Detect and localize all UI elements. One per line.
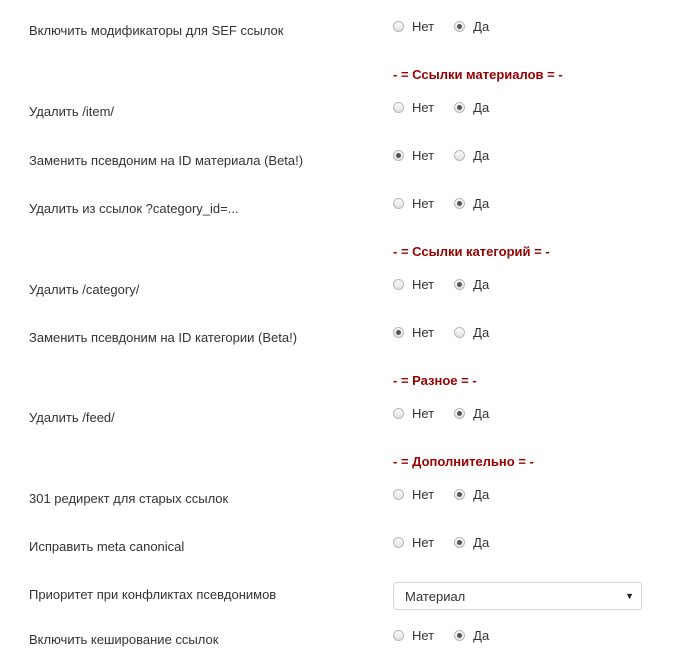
radio-icon [393, 279, 404, 290]
radio-checked-icon [393, 150, 404, 161]
radio-no[interactable]: Нет [393, 277, 434, 292]
radio-yes[interactable]: Да [454, 19, 489, 34]
radio-group-enable-sef-modifiers: Нет Да [393, 19, 489, 34]
section-heading-misc: - = Разное = - [393, 373, 477, 388]
radio-group-replace-alias-category-id: Нет Да [393, 325, 489, 340]
label-remove-item: Удалить /item/ [29, 104, 114, 119]
radio-yes[interactable]: Да [454, 148, 489, 163]
radio-group-301-redirect: Нет Да [393, 487, 489, 502]
radio-checked-icon [454, 279, 465, 290]
radio-no[interactable]: Нет [393, 406, 434, 421]
radio-icon [393, 537, 404, 548]
radio-yes[interactable]: Да [454, 487, 489, 502]
radio-no[interactable]: Нет [393, 148, 434, 163]
label-enable-sef-modifiers: Включить модификаторы для SEF ссылок [29, 23, 283, 38]
radio-no[interactable]: Нет [393, 535, 434, 550]
radio-checked-icon [393, 327, 404, 338]
alias-conflict-priority-select[interactable]: Материал ▼ [393, 582, 642, 610]
radio-icon [393, 408, 404, 419]
label-enable-link-caching: Включить кеширование ссылок [29, 632, 218, 647]
radio-group-remove-category-id: Нет Да [393, 196, 489, 211]
radio-group-fix-meta-canonical: Нет Да [393, 535, 489, 550]
radio-yes[interactable]: Да [454, 406, 489, 421]
radio-no[interactable]: Нет [393, 325, 434, 340]
radio-checked-icon [454, 198, 465, 209]
radio-checked-icon [454, 489, 465, 500]
radio-icon [393, 102, 404, 113]
radio-group-enable-link-caching: Нет Да [393, 628, 489, 643]
radio-checked-icon [454, 408, 465, 419]
radio-yes[interactable]: Да [454, 628, 489, 643]
radio-icon [393, 489, 404, 500]
section-heading-item-links: - = Ссылки материалов = - [393, 67, 563, 82]
label-301-redirect: 301 редирект для старых ссылок [29, 491, 228, 506]
label-alias-conflict-priority: Приоритет при конфликтах псевдонимов [29, 587, 276, 602]
radio-checked-icon [454, 102, 465, 113]
radio-icon [454, 327, 465, 338]
radio-icon [454, 150, 465, 161]
radio-yes[interactable]: Да [454, 325, 489, 340]
radio-icon [393, 198, 404, 209]
label-remove-feed: Удалить /feed/ [29, 410, 115, 425]
section-heading-additional: - = Дополнительно = - [393, 454, 534, 469]
radio-group-replace-alias-item-id: Нет Да [393, 148, 489, 163]
chevron-down-icon: ▼ [625, 591, 634, 601]
radio-yes[interactable]: Да [454, 196, 489, 211]
radio-checked-icon [454, 21, 465, 32]
label-remove-category-id: Удалить из ссылок ?category_id=... [29, 201, 239, 216]
radio-yes[interactable]: Да [454, 277, 489, 292]
label-fix-meta-canonical: Исправить meta canonical [29, 539, 184, 554]
radio-group-remove-item: Нет Да [393, 100, 489, 115]
radio-group-remove-feed: Нет Да [393, 406, 489, 421]
label-remove-category: Удалить /category/ [29, 282, 139, 297]
select-value: Материал [405, 589, 465, 604]
radio-no[interactable]: Нет [393, 487, 434, 502]
radio-no[interactable]: Нет [393, 19, 434, 34]
radio-yes[interactable]: Да [454, 100, 489, 115]
radio-no[interactable]: Нет [393, 628, 434, 643]
radio-checked-icon [454, 630, 465, 641]
radio-yes[interactable]: Да [454, 535, 489, 550]
radio-no[interactable]: Нет [393, 196, 434, 211]
radio-no[interactable]: Нет [393, 100, 434, 115]
section-heading-category-links: - = Ссылки категорий = - [393, 244, 550, 259]
label-replace-alias-category-id: Заменить псевдоним на ID категории (Beta… [29, 330, 297, 345]
radio-group-remove-category: Нет Да [393, 277, 489, 292]
label-replace-alias-item-id: Заменить псевдоним на ID материала (Beta… [29, 153, 303, 168]
radio-icon [393, 21, 404, 32]
radio-icon [393, 630, 404, 641]
radio-checked-icon [454, 537, 465, 548]
